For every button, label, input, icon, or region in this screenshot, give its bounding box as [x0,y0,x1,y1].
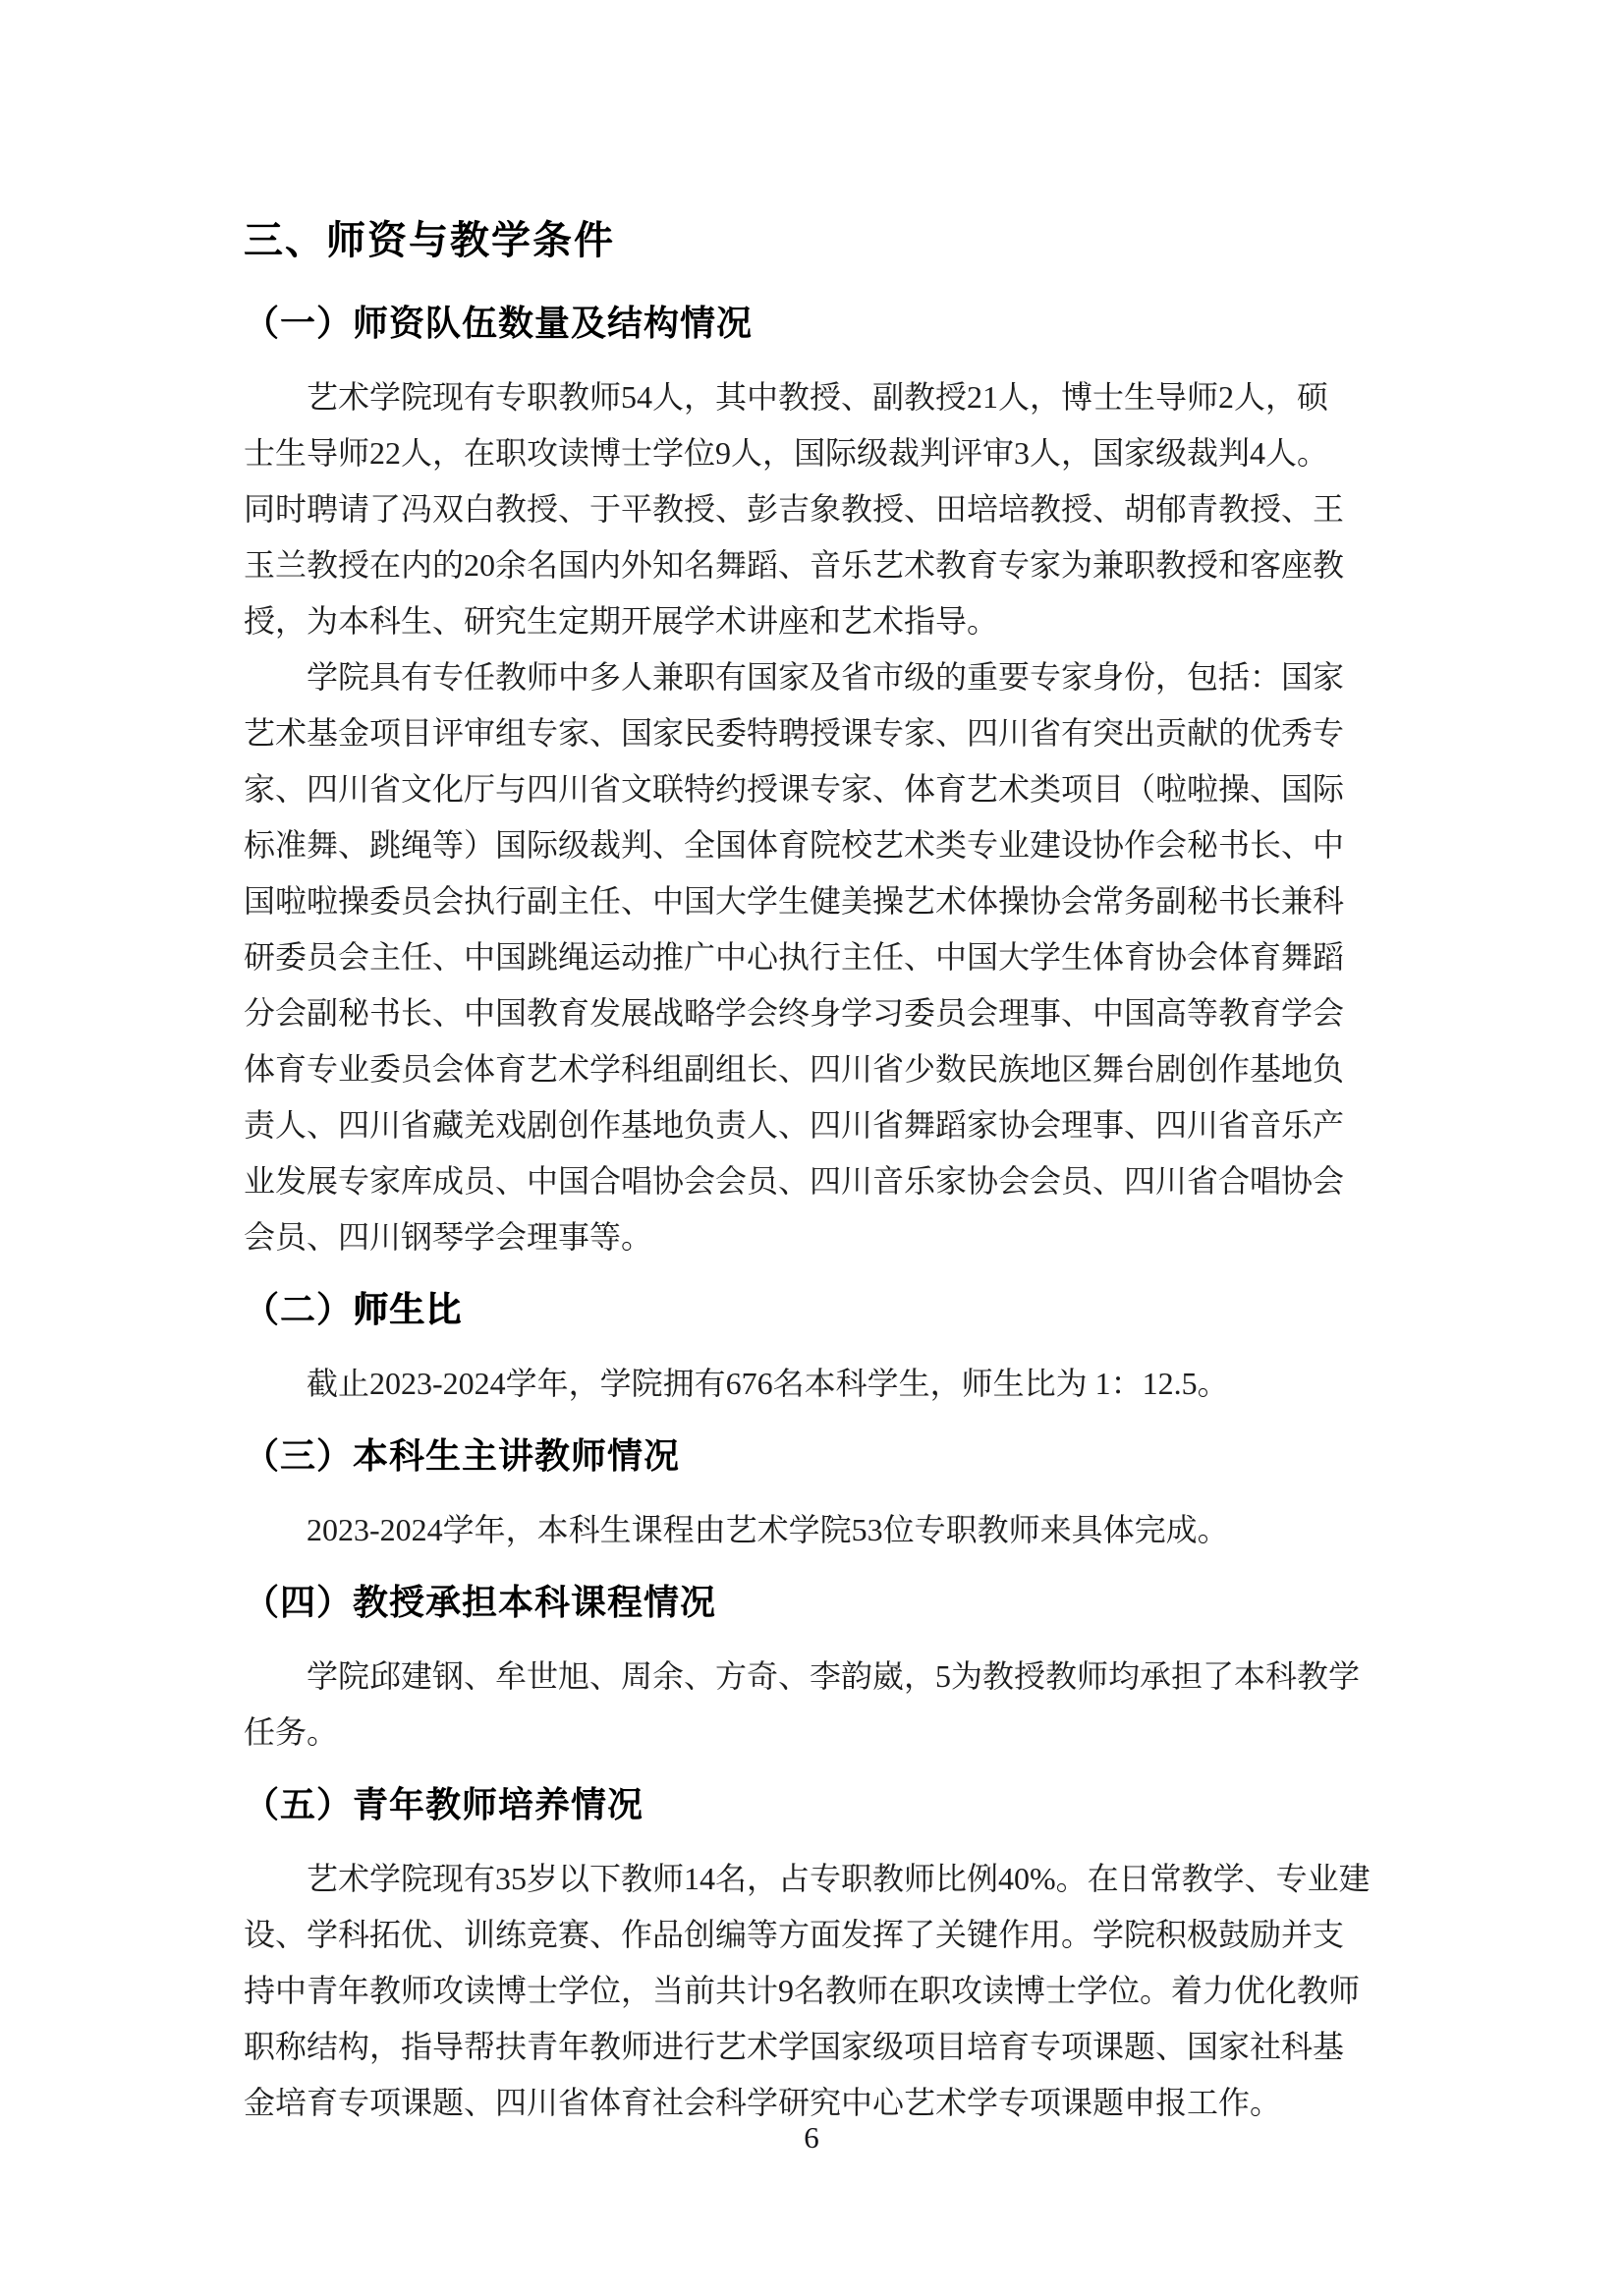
section-professor-courses: （四）教授承担本科课程情况 学院邱建钢、牟世旭、周余、方奇、李韵崴，5为教授教师… [244,1582,1383,1761]
paragraph-undergrad-lecturers: 2023-2024学年，本科生课程由艺术学院53位专职教师来具体完成。 [244,1502,1383,1558]
page-title: 三、师资与教学条件 [244,218,1383,263]
heading-number-prefix: （二） [244,1289,353,1329]
document-page: 三、师资与教学条件 （一）师资队伍数量及结构情况 艺术学院现有专职教师54人，其… [0,0,1623,2131]
paragraph-faculty-numbers: 艺术学院现有专职教师54人，其中教授、副教授21人，博士生导师2人，硕 士生导师… [244,369,1383,649]
paragraph-expert-roles: 学院具有专任教师中多人兼职有国家及省市级的重要专家身份，包括：国家 艺术基金项目… [244,649,1383,1265]
subsection-heading-professor-courses: （四）教授承担本科课程情况 [244,1582,1383,1623]
paragraph-young-teacher-training: 艺术学院现有35岁以下教师14名，占专职教师比例40%。在日常教学、专业建 设、… [244,1851,1383,2131]
heading-title-text: 师生比 [353,1289,462,1329]
subsection-heading-young-teacher-training: （五）青年教师培养情况 [244,1784,1383,1825]
page-number: 6 [0,2120,1623,2156]
section-undergrad-lecturers: （三）本科生主讲教师情况 2023-2024学年，本科生课程由艺术学院53位专职… [244,1435,1383,1558]
paragraph-professor-courses: 学院邱建钢、牟世旭、周余、方奇、李韵崴，5为教授教师均承担了本科教学 任务。 [244,1649,1383,1761]
section-student-teacher-ratio: （二）师生比 截止2023-2024学年，学院拥有676名本科学生，师生比为 1… [244,1289,1383,1412]
subsection-heading-student-teacher-ratio: （二）师生比 [244,1289,1383,1330]
subsection-heading-undergrad-lecturers: （三）本科生主讲教师情况 [244,1435,1383,1477]
subsection-heading-faculty-structure: （一）师资队伍数量及结构情况 [244,303,1383,344]
section-young-teacher-training: （五）青年教师培养情况 艺术学院现有35岁以下教师14名，占专职教师比例40%。… [244,1784,1383,2131]
paragraph-ratio: 截止2023-2024学年，学院拥有676名本科学生，师生比为 1：12.5。 [244,1356,1383,1412]
section-faculty-structure: （一）师资队伍数量及结构情况 艺术学院现有专职教师54人，其中教授、副教授21人… [244,303,1383,1265]
